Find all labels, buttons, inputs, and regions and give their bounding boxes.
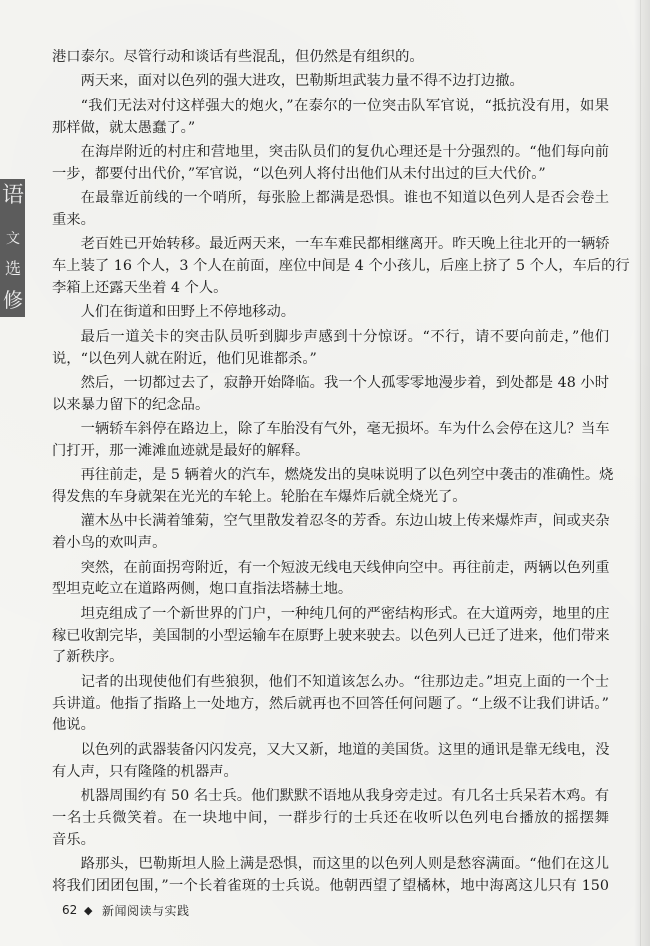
paragraph: 人们在街道和田野上不停地移动。: [52, 302, 609, 324]
text-line: 记者的出现使他们有些狼狈，他们不知道该怎么办。“往那边走。”坦克上面的一个士: [52, 672, 609, 694]
paragraph: “我们无法对付这样强大的炮火，”在泰尔的一位突击队军官说，“抵抗没有用，如果 那…: [52, 96, 609, 140]
text-line: 灌木丛中长满着雏菊，空气里散发着忍冬的芳香。东边山坡上传来爆炸声，间或夹杂: [52, 511, 609, 533]
text-line: 稼已收割完毕，美国制的小型运输车在原野上驶来驶去。以色列人已迁了进来，他们带来: [52, 626, 609, 648]
text-line: 了新秩序。: [52, 647, 609, 669]
text-line: 突然，在前面拐弯附近，有一个短波无线电天线伸向空中。再往前走，两辆以色列重: [52, 558, 609, 580]
page-binding-shadow: [634, 0, 650, 946]
text-line: 一辆轿车斜停在路边上，除了车胎没有气外，毫无损坏。车为什么会停在这儿？当车: [52, 419, 609, 441]
text-line: 机器周围约有 50 名士兵。他们默默不语地从我身旁走过。有几名士兵呆若木鸡。有: [52, 786, 609, 808]
paragraph: 以色列的武器装备闪闪发亮，又大又新，地道的美国货。这里的通讯是靠无线电，没 有人…: [52, 740, 609, 784]
text-line: 重来。: [52, 210, 609, 232]
text-line: 路那头，巴勒斯坦人脸上满是恐惧，而这里的以色列人则是愁容满面。“他们在这儿: [52, 854, 609, 876]
section-title: 新闻阅读与实践: [102, 902, 190, 919]
text-line: 有人声，只有隆隆的机器声。: [52, 762, 609, 784]
side-tab-char: 语: [1, 185, 25, 207]
paragraph: 突然，在前面拐弯附近，有一个短波无线电天线伸向空中。再往前走，两辆以色列重 型坦…: [52, 558, 609, 602]
text-line: “我们无法对付这样强大的炮火，”在泰尔的一位突击队军官说，“抵抗没有用，如果: [52, 96, 609, 118]
paragraph: 两天来，面对以色列的强大进攻，巴勒斯坦武装力量不得不边打边撤。: [52, 71, 609, 93]
article-body: 港口泰尔。尽管行动和谈话有些混乱，但仍然是有组织的。 两天来，面对以色列的强大进…: [52, 47, 609, 900]
text-line: 一步，都要付出代价，”军官说，“以色列人将付出他们从未付出过的巨大代价。”: [52, 164, 609, 186]
paragraph: 坦克组成了一个新世界的门户，一种纯几何的严密结构形式。在大道两旁，地里的庄 稼已…: [52, 604, 609, 669]
text-line: 型坦克屹立在道路两侧，炮口直指法塔赫土地。: [52, 579, 609, 601]
paragraph: 路那头，巴勒斯坦人脸上满是恐惧，而这里的以色列人则是愁容满面。“他们在这儿 将我…: [52, 854, 609, 898]
text-line: 李箱上还露天坐着 4 个人。: [52, 278, 609, 300]
text-line: 说，“以色列人就在附近，他们见谁都杀。”: [52, 349, 609, 371]
side-tab-char: 文: [5, 232, 21, 246]
text-line: 以色列的武器装备闪闪发亮，又大又新，地道的美国货。这里的通讯是靠无线电，没: [52, 740, 609, 762]
paragraph: 再往前走，是 5 辆着火的汽车，燃烧发出的臭味说明了以色列空中袭击的准确性。烧 …: [52, 465, 609, 509]
text-line: 得发焦的车身就架在光光的车轮上。轮胎在车爆炸后就全烧光了。: [52, 487, 609, 509]
text-line: 港口泰尔。尽管行动和谈话有些混乱，但仍然是有组织的。: [52, 47, 609, 69]
text-line: 再往前走，是 5 辆着火的汽车，燃烧发出的臭味说明了以色列空中袭击的准确性。烧: [52, 465, 609, 487]
text-line: 着小鸟的欢叫声。: [52, 533, 609, 555]
text-line: 兵讲道。他指了指路上一处地方，然后就再也不回答任何问题了。“上级不让我们讲话。”: [52, 694, 609, 716]
paragraph: 灌木丛中长满着雏菊，空气里散发着忍冬的芳香。东边山坡上传来爆炸声，间或夹杂 着小…: [52, 511, 609, 555]
paragraph: 一辆轿车斜停在路边上，除了车胎没有气外，毫无损坏。车为什么会停在这儿？当车 门打…: [52, 419, 609, 463]
paragraph: 在海岸附近的村庄和营地里，突击队员们的复仇心理还是十分强烈的。“他们每向前 一步…: [52, 142, 609, 186]
page-edge-line: [640, 0, 641, 946]
text-line: 将我们团团包围，”一个长着雀斑的士兵说。他朝西望了望橘林，地中海离这儿只有 15…: [52, 876, 609, 898]
paragraph: 在最靠近前线的一个哨所，每张脸上都满是恐惧。谁也不知道以色列人是否会卷土 重来。: [52, 188, 609, 232]
diamond-icon: ◆: [84, 904, 102, 917]
paragraph: 港口泰尔。尽管行动和谈话有些混乱，但仍然是有组织的。: [52, 47, 609, 69]
text-line: 两天来，面对以色列的强大进攻，巴勒斯坦武装力量不得不边打边撤。: [52, 71, 609, 93]
paragraph: 机器周围约有 50 名士兵。他们默默不语地从我身旁走过。有几名士兵呆若木鸡。有 …: [52, 786, 609, 851]
paragraph: 老百姓已开始转移。最近两天来，一车车难民都相继离开。昨天晚上往北开的一辆轿 车上…: [52, 234, 609, 299]
text-line: 以来暴力留下的纪念品。: [52, 395, 609, 417]
text-line: 老百姓已开始转移。最近两天来，一车车难民都相继离开。昨天晚上往北开的一辆轿: [52, 234, 609, 256]
paragraph: 最后一道关卡的突击队员听到脚步声感到十分惊讶。“不行，请不要向前走，”他们 说，…: [52, 327, 609, 371]
page-footer: 62 ◆ 新闻阅读与实践: [62, 902, 190, 918]
page-number: 62: [62, 903, 84, 917]
paragraph: 然后，一切都过去了，寂静开始降临。我一个人孤零零地漫步着，到处都是 48 小时 …: [52, 373, 609, 417]
text-line: 最后一道关卡的突击队员听到脚步声感到十分惊讶。“不行，请不要向前走，”他们: [52, 327, 609, 349]
text-line: 车上装了 16 个人，3 个人在前面，座位中间是 4 个小孩儿，后座上挤了 5 …: [52, 256, 609, 278]
text-line: 他说。: [52, 715, 609, 737]
text-line: 人们在街道和田野上不停地移动。: [52, 302, 609, 324]
text-line: 那样做，就太愚蠢了。”: [52, 118, 609, 140]
text-line: 门打开，那一滩滩血迹就是最好的解释。: [52, 441, 609, 463]
text-line: 然后，一切都过去了，寂静开始降临。我一个人孤零零地漫步着，到处都是 48 小时: [52, 373, 609, 395]
side-tab: 语 文 选 修: [0, 179, 25, 317]
text-line: 在海岸附近的村庄和营地里，突击队员们的复仇心理还是十分强烈的。“他们每向前: [52, 142, 609, 164]
text-line: 坦克组成了一个新世界的门户，一种纯几何的严密结构形式。在大道两旁，地里的庄: [52, 604, 609, 626]
side-tab-char: 修: [2, 290, 24, 310]
side-tab-char: 选: [4, 261, 22, 277]
text-line: 一名士兵微笑着。在一块地中间，一群步行的士兵还在收听以色列电台播放的摇摆舞: [52, 808, 609, 830]
paragraph: 记者的出现使他们有些狼狈，他们不知道该怎么办。“往那边走。”坦克上面的一个士 兵…: [52, 672, 609, 737]
text-line: 在最靠近前线的一个哨所，每张脸上都满是恐惧。谁也不知道以色列人是否会卷土: [52, 188, 609, 210]
text-line: 音乐。: [52, 830, 609, 852]
